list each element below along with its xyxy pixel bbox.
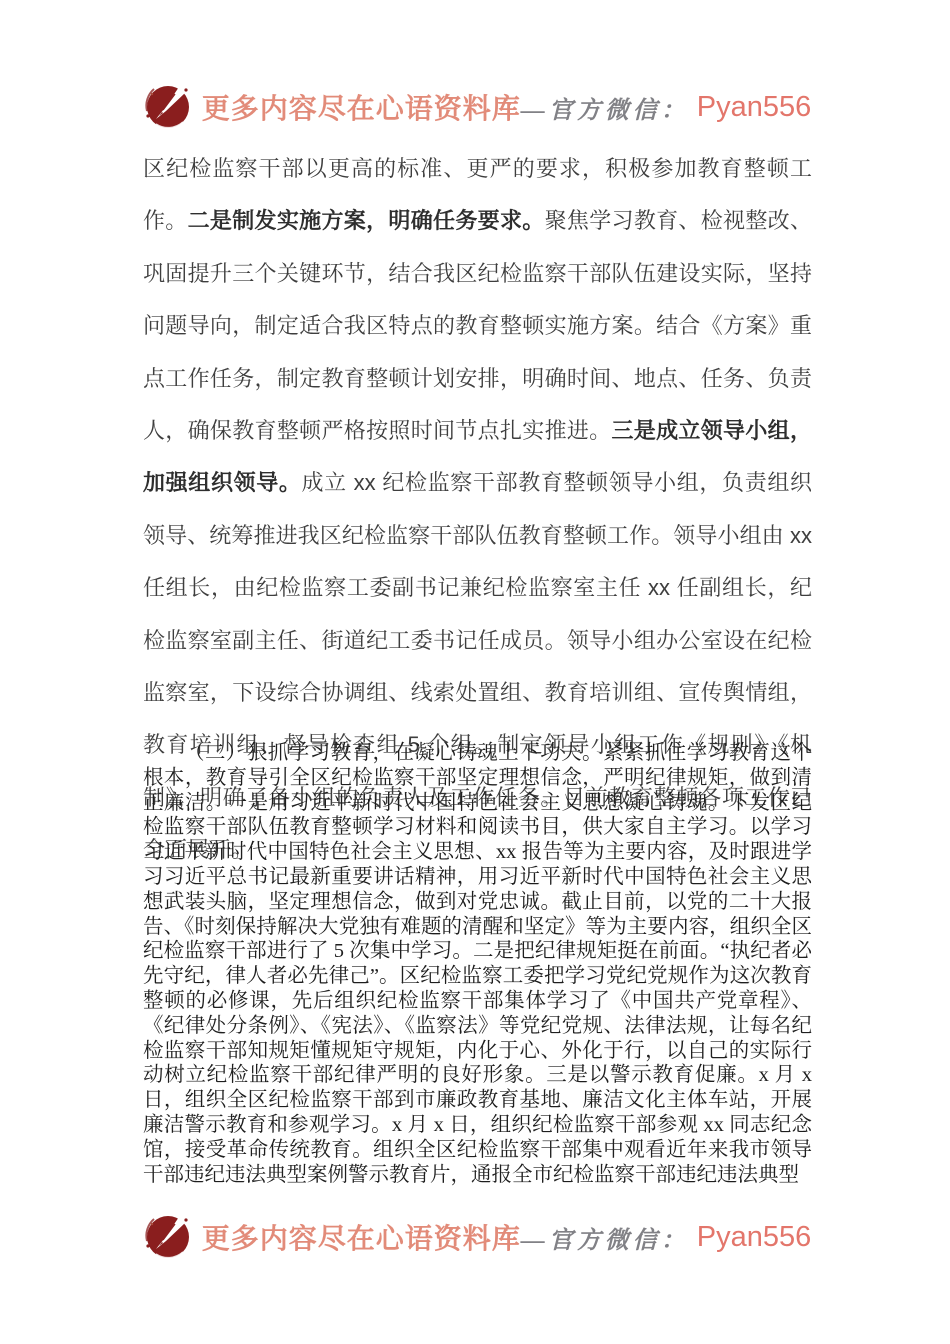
wechat-id: Pyan556 (697, 1221, 812, 1254)
wechat-label: —官方微信： (521, 90, 689, 125)
wechat-id: Pyan556 (697, 91, 812, 124)
document-page: 更多内容尽在心语资料库 —官方微信： Pyan556 区纪检监察干部以更高的标准… (0, 0, 950, 1344)
header-banner: 更多内容尽在心语资料库 —官方微信： Pyan556 (0, 76, 950, 138)
paragraph-study-education: （二）狠抓学习教育，在凝心铸魂上下功夫。紧紧抓住学习教育这个根本，教育导引全区纪… (143, 741, 812, 1187)
brand-text: 更多内容尽在心语资料库 (202, 87, 521, 127)
wechat-label: —官方微信： (521, 1220, 689, 1255)
pen-circle-logo-icon (139, 1208, 195, 1266)
text-segment: 聚焦学习教育、检视整改、巩固提升三个关键环节，结合我区纪检监察干部队伍建设实际，… (143, 208, 812, 443)
footer-banner: 更多内容尽在心语资料库 —官方微信： Pyan556 (0, 1206, 950, 1268)
brand-text: 更多内容尽在心语资料库 (202, 1217, 521, 1257)
pen-circle-logo-icon (139, 78, 195, 136)
bold-text-segment: 二是制发实施方案，明确任务要求。 (188, 208, 545, 233)
